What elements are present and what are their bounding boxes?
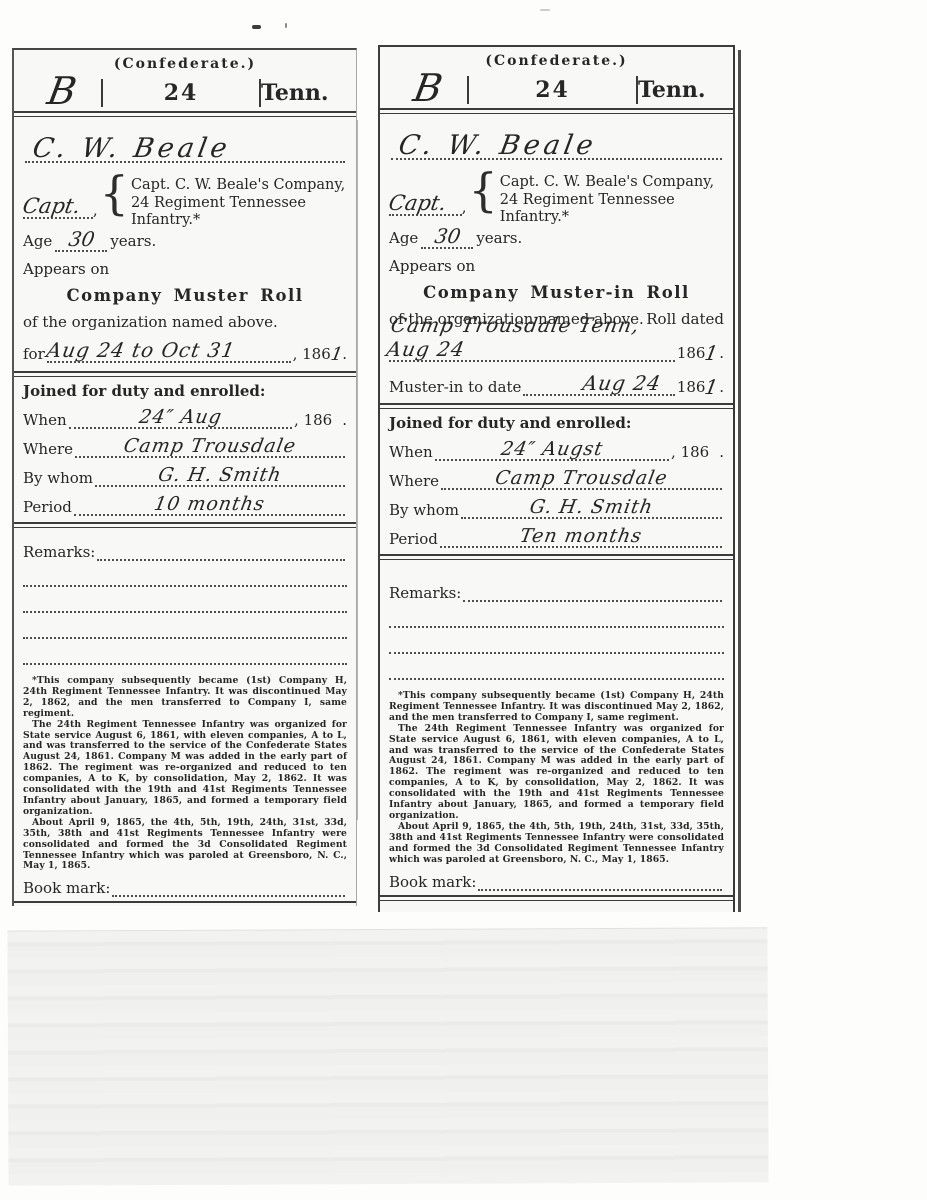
when-line: When 24″ Aug , 186 . <box>23 402 347 429</box>
year-printed: , 186 <box>294 411 332 429</box>
brace-glyph: { <box>100 171 129 219</box>
joined-heading: Joined for duty and enrolled: <box>389 414 724 432</box>
muster-in-roll-card: (Confederate.) B 24 Tenn. C. W. Beale Ca… <box>378 45 735 912</box>
rank-value: Capt. <box>387 191 448 215</box>
rank-comma: , <box>93 201 98 219</box>
book-mark-label: Book mark: <box>389 873 476 891</box>
age-line: Age 30 years. <box>23 227 347 252</box>
age-suffix: years. <box>110 232 156 250</box>
when-label: When <box>389 443 433 461</box>
state-abbrev: Tenn. <box>261 80 347 108</box>
double-rule <box>14 371 356 377</box>
by-whom-label: By whom <box>23 469 93 487</box>
where-label: Where <box>389 472 439 490</box>
where-value: Camp Trousdale <box>73 435 347 457</box>
when-label: When <box>23 411 67 429</box>
year-printed: 186 <box>677 344 706 362</box>
soldier-name-line: C. W. Beale <box>23 123 347 163</box>
remarks-blank-line <box>23 561 347 587</box>
where-value: Camp Trousdale <box>439 467 724 489</box>
double-rule <box>14 522 356 528</box>
company-letter: B <box>386 71 470 105</box>
remarks-label: Remarks: <box>23 543 95 561</box>
rank-unit-block: Capt., { Capt. C. W. Beale's Company, 24… <box>23 171 347 219</box>
soldier-name-line: C. W. Beale <box>389 120 724 160</box>
muster-in-value: Aug 24 <box>581 371 663 395</box>
unit-line1: Capt. C. W. Beale's Company, <box>131 177 347 195</box>
state-abbrev: Tenn. <box>638 77 724 105</box>
remarks-blank-line <box>389 602 724 628</box>
remarks-blank-line <box>23 639 347 665</box>
footnote-paragraph: *This company subsequently became (1st) … <box>23 676 347 720</box>
period-value: 10 months <box>72 493 347 515</box>
footnote-paragraph: About April 9, 1865, the 4th, 5th, 19th,… <box>23 818 347 873</box>
where-label: Where <box>23 440 73 458</box>
card-header-row: B 24 Tenn. <box>389 67 724 105</box>
brace-glyph: { <box>468 168 497 216</box>
line-end-period: . <box>719 344 724 362</box>
period-line: Period Ten months <box>389 521 724 548</box>
when-value: 24″ Aug <box>67 406 294 428</box>
double-rule <box>380 403 733 409</box>
year-printed: 186 <box>677 378 706 396</box>
footnote-paragraph: About April 9, 1865, the 4th, 5th, 19th,… <box>389 822 724 866</box>
muster-in-label: Muster-in to date <box>389 378 521 396</box>
for-value: Aug 24 to Oct 31 <box>45 338 237 362</box>
roll-dated-line: Camp Trousdale Tenn, Aug 24 186 1 . <box>389 332 724 362</box>
regiment-number: 24 <box>103 80 259 108</box>
rank-comma: , <box>462 198 467 216</box>
scanned-document-page: (Confederate.) B 24 Tenn. C. W. Beale Ca… <box>0 0 927 1200</box>
line-end-period: . <box>719 378 724 396</box>
muster-in-date-line: Muster-in to date Aug 24 186 1 . <box>389 366 724 396</box>
remarks-blank-line <box>23 613 347 639</box>
remarks-line: Remarks: <box>389 578 724 602</box>
by-whom-value: G. H. Smith <box>93 464 347 486</box>
roll-dated-value: Camp Trousdale Tenn, Aug 24 <box>385 313 679 361</box>
when-line: When 24″ Augst , 186 . <box>389 434 724 461</box>
appears-on-label: Appears on <box>23 260 347 278</box>
muster-roll-card: (Confederate.) B 24 Tenn. C. W. Beale Ca… <box>12 48 357 906</box>
book-mark-line: Book mark: <box>23 879 347 897</box>
regiment-number: 24 <box>469 77 636 105</box>
scanner-artifact-band <box>7 927 768 1185</box>
book-mark-label: Book mark: <box>23 879 110 897</box>
where-line: Where Camp Trousdale <box>23 431 347 458</box>
when-value: 24″ Augst <box>433 438 671 460</box>
scan-speck <box>285 23 287 28</box>
remarks-label: Remarks: <box>389 584 461 602</box>
age-line: Age 30 years. <box>389 224 724 249</box>
where-line: Where Camp Trousdale <box>389 463 724 490</box>
scan-spine-line <box>738 50 741 912</box>
line-end-period: . <box>719 443 724 461</box>
appears-on-label: Appears on <box>389 257 724 275</box>
age-value: 30 <box>66 227 96 251</box>
footnote-block: *This company subsequently became (1st) … <box>23 676 347 872</box>
remarks-blank-line <box>23 587 347 613</box>
remarks-blank-line <box>389 654 724 680</box>
year-printed: , 186 <box>293 345 331 363</box>
organization-line: of the organization named above. <box>23 313 278 331</box>
card-header-row: B 24 Tenn. <box>23 70 347 108</box>
roll-title: Company Muster-in Roll <box>389 283 724 302</box>
by-whom-label: By whom <box>389 501 459 519</box>
remarks-line: Remarks: <box>23 537 347 561</box>
rank-value: Capt. <box>21 194 82 218</box>
signature-zone: (655) J. Brown Copyist. <box>389 901 724 913</box>
copyist-signature: J. Brown <box>455 903 616 912</box>
age-value: 30 <box>432 224 462 248</box>
age-suffix: years. <box>476 229 522 247</box>
line-end-period: . <box>342 411 347 429</box>
by-whom-line: By whom G. H. Smith <box>389 492 724 519</box>
joined-heading: Joined for duty and enrolled: <box>23 382 347 400</box>
period-line: Period 10 months <box>23 489 347 516</box>
period-label: Period <box>23 498 72 516</box>
footnote-paragraph: The 24th Regiment Tennessee Infantry was… <box>23 720 347 818</box>
soldier-name: C. W. Beale <box>388 130 599 161</box>
book-mark-line: Book mark: <box>389 873 724 891</box>
card-edge-line <box>357 120 358 820</box>
remarks-blank-line <box>389 628 724 654</box>
rank-unit-block: Capt., { Capt. C. W. Beale's Company, 24… <box>389 168 724 216</box>
footnote-paragraph: The 24th Regiment Tennessee Infantry was… <box>389 724 724 822</box>
year-printed: , 186 <box>671 443 709 461</box>
double-rule <box>380 554 733 560</box>
by-whom-line: By whom G. H. Smith <box>23 460 347 487</box>
unit-line2: 24 Regiment Tennessee Infantry.* <box>500 192 724 227</box>
period-value: Ten months <box>438 525 724 547</box>
soldier-name: C. W. Beale <box>22 133 233 164</box>
unit-line2: 24 Regiment Tennessee Infantry.* <box>131 195 347 230</box>
scan-speck <box>252 25 261 29</box>
by-whom-value: G. H. Smith <box>459 496 724 518</box>
scan-speck <box>540 9 550 11</box>
footnote-paragraph: *This company subsequently became (1st) … <box>389 691 724 724</box>
footnote-block: *This company subsequently became (1st) … <box>389 691 724 866</box>
company-letter: B <box>20 74 104 108</box>
double-rule <box>14 901 356 906</box>
for-label: for <box>23 345 45 363</box>
unit-line1: Capt. C. W. Beale's Company, <box>500 174 724 192</box>
age-label: Age <box>23 232 52 250</box>
roll-title: Company Muster Roll <box>23 286 347 305</box>
for-period-line: for Aug 24 to Oct 31 , 186 1 . <box>23 335 347 363</box>
age-label: Age <box>389 229 418 247</box>
period-label: Period <box>389 530 438 548</box>
